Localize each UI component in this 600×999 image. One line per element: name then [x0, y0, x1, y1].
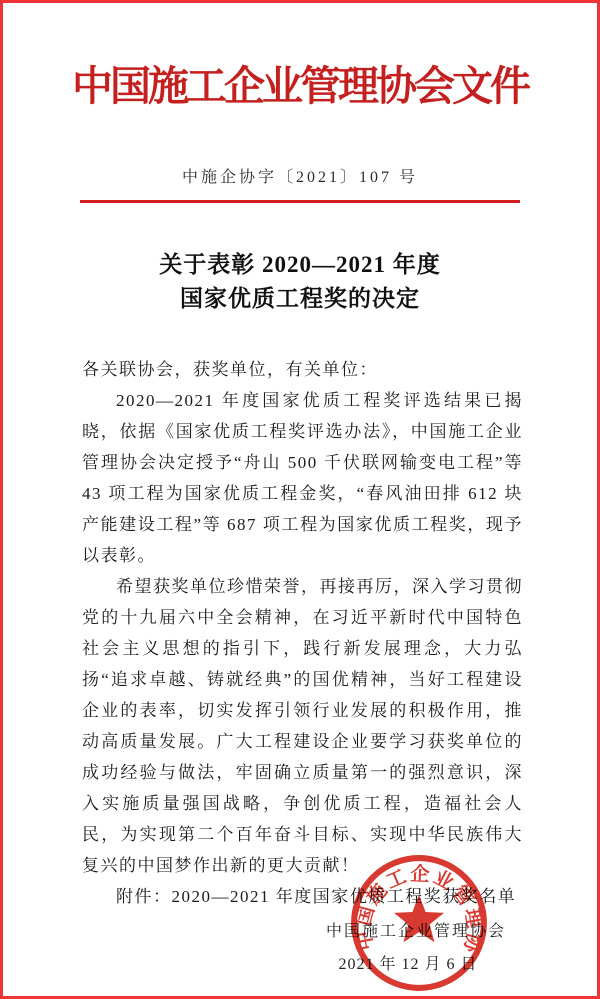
document-title-line-2: 国家优质工程奖的决定 [3, 282, 597, 316]
signature-organization: 中国施工企业管理协会 [3, 918, 597, 941]
body-paragraph-2: 希望获奖单位珍惜荣誉，再接再厉，深入学习贯彻党的十九届六中全会精神，在习近平新时… [82, 571, 523, 881]
body-paragraph-1: 2020—2021 年度国家优质工程奖评选结果已揭晓，依据《国家优质工程奖评选办… [82, 385, 523, 571]
official-document-page: 中国施工企业管理协会文件 中施企协字〔2021〕107 号 关于表彰 2020—… [0, 0, 600, 999]
document-title-line-1: 关于表彰 2020—2021 年度 [3, 248, 597, 282]
red-divider-rule [80, 200, 520, 203]
document-masthead-title: 中国施工企业管理协会文件 [3, 53, 597, 112]
seal-star-icon [394, 895, 444, 943]
document-body: 各关联协会，获奖单位，有关单位： 2020—2021 年度国家优质工程奖评选结果… [82, 354, 523, 912]
salutation-line: 各关联协会，获奖单位，有关单位： [82, 354, 523, 385]
official-seal: 中国施工企业管理协会 [348, 852, 490, 994]
signature-date: 2021 年 12 月 6 日 [3, 951, 597, 974]
document-title: 关于表彰 2020—2021 年度 国家优质工程奖的决定 [3, 248, 597, 316]
document-number: 中施企协字〔2021〕107 号 [3, 164, 597, 187]
